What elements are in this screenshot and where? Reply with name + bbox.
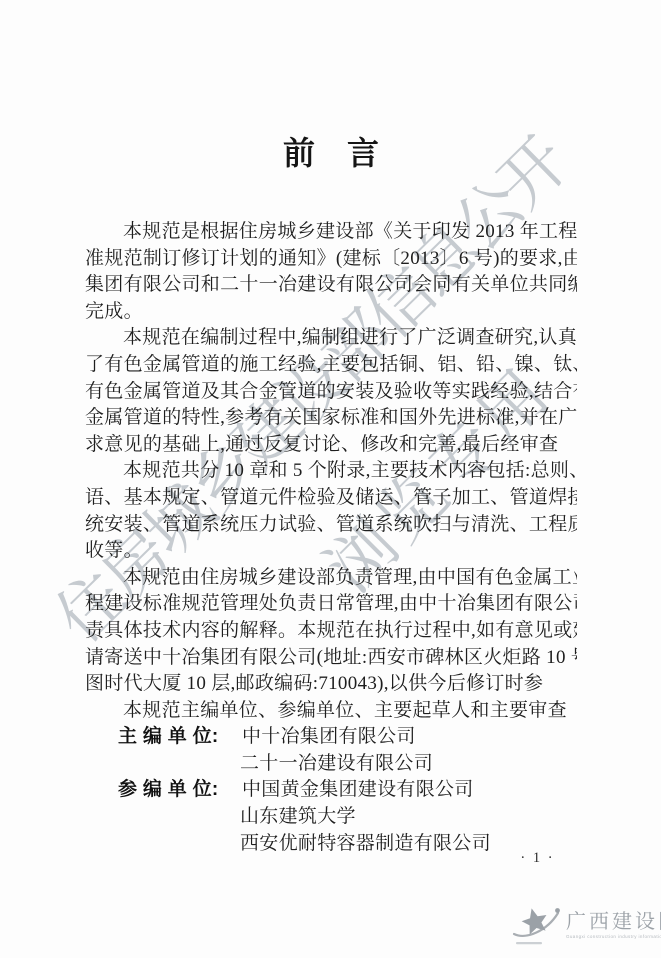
- chief-editor-unit: 中十冶集团有限公司: [242, 726, 416, 747]
- paragraph-line: 了有色金属管道的施工经验,主要包括铜、铝、铅、镍、钛、锆、钽、铌: [85, 352, 577, 379]
- participating-editor-unit: 西安优耐特容器制造有限公司: [240, 833, 491, 854]
- paragraph-line: 责具体技术内容的解释。本规范在执行过程中,如有意见或建议,: [85, 618, 577, 645]
- site-logo: 广西建设网 Guangxi construction industry info…: [511, 901, 661, 949]
- paragraph-line: 本规范由住房城乡建设部负责管理,由中国有色金属工业工: [85, 565, 577, 592]
- paragraph-line: 程建设标准规范管理处负责日常管理,由中十冶集团有限公司负: [85, 591, 577, 618]
- paragraph-line: 金属管道的特性,参考有关国家标准和国外先进标准,并在广泛征: [85, 405, 577, 432]
- paragraph-line: 本规范是根据住房城乡建设部《关于印发 2013 年工程建设标: [85, 219, 577, 246]
- logo-name: 广西建设网: [566, 911, 661, 933]
- logo-caption-bar: [516, 942, 542, 944]
- paragraph-line: 完成。: [85, 299, 577, 326]
- chief-editor-row: 主 编 单 位:中十冶集团有限公司: [85, 724, 577, 751]
- participating-editor-unit: 中国黄金集团建设有限公司: [242, 779, 474, 800]
- paragraph-line: 统安装、管道系统压力试验、管道系统吹扫与清洗、工程质量验: [85, 512, 577, 539]
- paragraph-line: 语、基本规定、管道元件检验及储运、管子加工、管道焊接、管道系: [85, 485, 577, 512]
- paragraph-line: 本规范主编单位、参编单位、主要起草人和主要审查人:: [85, 698, 577, 725]
- paragraph-line: 有色金属管道及其合金管道的安装及验收等实践经验,结合有色: [85, 379, 577, 406]
- participating-editor-unit: 山东建筑大学: [240, 806, 356, 827]
- logo-text: 广西建设网 Guangxi construction industry info…: [566, 911, 661, 939]
- chief-editor-unit: 二十一冶建设有限公司: [240, 753, 433, 774]
- participating-editor-row: 山东建筑大学: [85, 804, 577, 831]
- paragraph-line: 本规范共分 10 章和 5 个附录,主要技术内容包括:总则、术: [85, 458, 577, 485]
- paragraph-line: 收等。: [85, 538, 577, 565]
- document-page: 住房城乡建设部信息公开 浏览专用 前 言 本规范是根据住房城乡建设部《关于印发 …: [0, 0, 661, 958]
- chief-editor-label: 主 编 单 位:: [118, 724, 242, 751]
- foreword-text: 本规范是根据住房城乡建设部《关于印发 2013 年工程建设标 准规范制订修订计划…: [85, 219, 577, 857]
- logo-tagline: Guangxi construction industry informatio…: [566, 934, 661, 939]
- chief-editor-row: 二十一冶建设有限公司: [85, 751, 577, 778]
- paragraph-line: 图时代大厦 10 层,邮政编码:710043),以供今后修订时参考。: [85, 671, 577, 698]
- page-title: 前 言: [85, 128, 577, 174]
- page-number: · 1 ·: [495, 850, 580, 867]
- paragraph-line: 请寄送中十冶集团有限公司(地址:西安市碑林区火炬路 10 号企: [85, 645, 577, 672]
- paragraph-line: 求意见的基础上,通过反复讨论、修改和完善,最后经审查定稿。: [85, 432, 577, 459]
- star-swoosh-icon: [511, 901, 563, 949]
- paragraph-line: 准规范制订修订计划的通知》(建标〔2013〕6 号)的要求,由中十冶: [85, 246, 577, 273]
- paragraph-line: 集团有限公司和二十一冶建设有限公司会同有关单位共同编制: [85, 272, 577, 299]
- participating-editor-label: 参 编 单 位:: [118, 777, 242, 804]
- participating-editor-row: 参 编 单 位:中国黄金集团建设有限公司: [85, 777, 577, 804]
- paragraph-line: 本规范在编制过程中,编制组进行了广泛调查研究,认真总结: [85, 325, 577, 352]
